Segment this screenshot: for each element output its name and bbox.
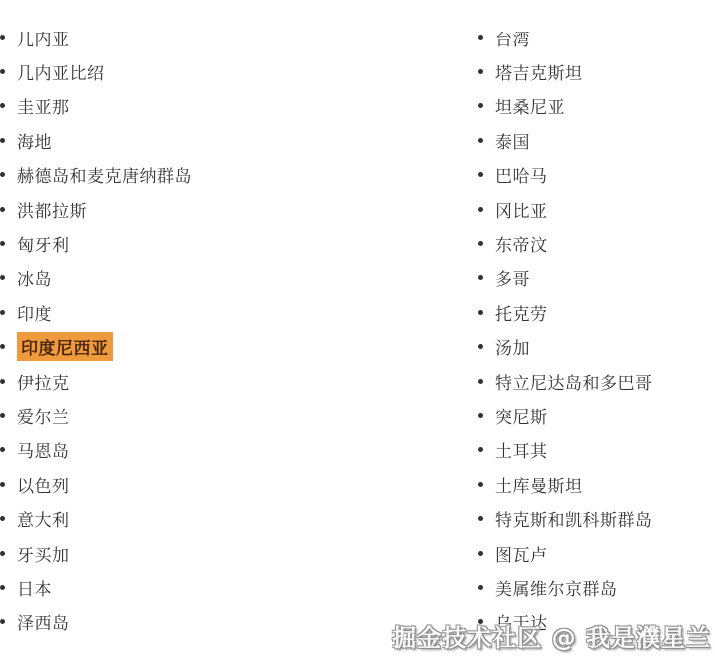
list-item: 托克劳	[478, 295, 653, 329]
list-item: 以色列	[0, 467, 478, 501]
country-label: 冈比亚	[495, 197, 548, 222]
country-label: 美属维尔京群岛	[495, 575, 618, 600]
bullet-icon	[0, 344, 5, 349]
bullet-icon	[478, 551, 483, 556]
country-label: 伊拉克	[17, 369, 70, 394]
bullet-icon	[0, 551, 5, 556]
country-label-highlighted: 印度尼西亚	[17, 332, 113, 361]
watermark: 掘金技术社区 @ 我是濮星兰	[392, 618, 711, 653]
bullet-icon	[0, 585, 5, 590]
bullet-icon	[478, 310, 483, 315]
country-label: 塔吉克斯坦	[495, 59, 583, 84]
list-item: 几内亚比绍	[0, 54, 478, 88]
list-item: 赫德岛和麦克唐纳群岛	[0, 158, 478, 192]
bullet-icon	[0, 447, 5, 452]
bullet-icon	[478, 241, 483, 246]
list-item: 图瓦卢	[478, 536, 653, 570]
country-label: 几内亚比绍	[17, 59, 105, 84]
bullet-icon	[0, 241, 5, 246]
country-label: 土耳其	[495, 437, 548, 462]
bullet-icon	[0, 516, 5, 521]
country-label: 巴哈马	[495, 162, 548, 187]
bullet-icon	[478, 207, 483, 212]
list-item: 意大利	[0, 501, 478, 535]
country-label: 爱尔兰	[17, 403, 70, 428]
list-item: 海地	[0, 123, 478, 157]
country-label: 牙买加	[17, 541, 70, 566]
bullet-icon	[478, 344, 483, 349]
country-label: 台湾	[495, 32, 530, 50]
country-label: 图瓦卢	[495, 541, 548, 566]
bullet-icon	[478, 482, 483, 487]
bullet-icon	[478, 172, 483, 177]
bullet-icon	[478, 35, 483, 40]
bullet-icon	[0, 138, 5, 143]
list-item: 美属维尔京群岛	[478, 570, 653, 604]
country-label: 突尼斯	[495, 403, 548, 428]
country-label: 圭亚那	[17, 93, 70, 118]
list-item: 土库曼斯坦	[478, 467, 653, 501]
bullet-icon	[0, 619, 5, 624]
page: 几内亚几内亚比绍圭亚那海地赫德岛和麦克唐纳群岛洪都拉斯匈牙利冰岛印度印度尼西亚伊…	[0, 0, 715, 663]
bullet-icon	[0, 103, 5, 108]
country-label: 日本	[17, 575, 52, 600]
list-item: 几内亚	[0, 32, 478, 54]
bullet-icon	[478, 138, 483, 143]
bullet-icon	[478, 585, 483, 590]
country-label: 冰岛	[17, 265, 52, 290]
country-label: 汤加	[495, 334, 530, 359]
list-item: 匈牙利	[0, 226, 478, 260]
list-item: 冈比亚	[478, 192, 653, 226]
bullet-icon	[0, 413, 5, 418]
bullet-icon	[0, 379, 5, 384]
country-label: 特克斯和凯科斯群岛	[495, 506, 653, 531]
country-list-right-column: 台湾塔吉克斯坦坦桑尼亚泰国巴哈马冈比亚东帝汶多哥托克劳汤加特立尼达岛和多巴哥突尼…	[478, 32, 653, 639]
list-item: 马恩岛	[0, 433, 478, 467]
list-item: 突尼斯	[478, 398, 653, 432]
list-item: 爱尔兰	[0, 398, 478, 432]
country-label: 泰国	[495, 128, 530, 153]
list-item: 汤加	[478, 330, 653, 364]
list-item: 印度尼西亚	[0, 330, 478, 364]
list-item: 日本	[0, 570, 478, 604]
country-label: 几内亚	[17, 32, 70, 50]
country-label: 马恩岛	[17, 437, 70, 462]
bullet-icon	[478, 516, 483, 521]
list-item: 印度	[0, 295, 478, 329]
country-label: 印度	[17, 300, 52, 325]
country-label: 赫德岛和麦克唐纳群岛	[17, 162, 192, 187]
bullet-icon	[478, 69, 483, 74]
country-list-columns: 几内亚几内亚比绍圭亚那海地赫德岛和麦克唐纳群岛洪都拉斯匈牙利冰岛印度印度尼西亚伊…	[0, 32, 715, 639]
country-label: 海地	[17, 128, 52, 153]
country-label: 泽西岛	[17, 609, 70, 634]
bullet-icon	[478, 447, 483, 452]
bullet-icon	[0, 310, 5, 315]
list-item: 塔吉克斯坦	[478, 54, 653, 88]
country-label: 坦桑尼亚	[495, 93, 565, 118]
country-label: 土库曼斯坦	[495, 472, 583, 497]
list-item: 多哥	[478, 261, 653, 295]
country-label: 多哥	[495, 265, 530, 290]
bullet-icon	[478, 379, 483, 384]
country-label: 以色列	[17, 472, 70, 497]
list-item: 坦桑尼亚	[478, 89, 653, 123]
country-label: 意大利	[17, 506, 70, 531]
list-item: 牙买加	[0, 536, 478, 570]
bullet-icon	[0, 172, 5, 177]
list-item: 巴哈马	[478, 158, 653, 192]
list-item: 特立尼达岛和多巴哥	[478, 364, 653, 398]
bullet-icon	[478, 103, 483, 108]
list-item: 圭亚那	[0, 89, 478, 123]
bullet-icon	[0, 207, 5, 212]
bullet-icon	[0, 275, 5, 280]
country-label: 特立尼达岛和多巴哥	[495, 369, 653, 394]
country-label: 东帝汶	[495, 231, 548, 256]
country-label: 托克劳	[495, 300, 548, 325]
bullet-icon	[0, 482, 5, 487]
country-label: 匈牙利	[17, 231, 70, 256]
bullet-icon	[478, 275, 483, 280]
country-label: 洪都拉斯	[17, 197, 87, 222]
list-item: 伊拉克	[0, 364, 478, 398]
bullet-icon	[0, 35, 5, 40]
list-item: 泰国	[478, 123, 653, 157]
bullet-icon	[0, 69, 5, 74]
list-item: 东帝汶	[478, 226, 653, 260]
list-item: 台湾	[478, 32, 653, 54]
list-item: 冰岛	[0, 261, 478, 295]
list-item: 特克斯和凯科斯群岛	[478, 501, 653, 535]
bullet-icon	[478, 413, 483, 418]
list-item: 洪都拉斯	[0, 192, 478, 226]
list-item: 土耳其	[478, 433, 653, 467]
country-list-left-column: 几内亚几内亚比绍圭亚那海地赫德岛和麦克唐纳群岛洪都拉斯匈牙利冰岛印度印度尼西亚伊…	[0, 32, 478, 639]
country-list-scroll-area[interactable]: 几内亚几内亚比绍圭亚那海地赫德岛和麦克唐纳群岛洪都拉斯匈牙利冰岛印度印度尼西亚伊…	[0, 32, 715, 663]
